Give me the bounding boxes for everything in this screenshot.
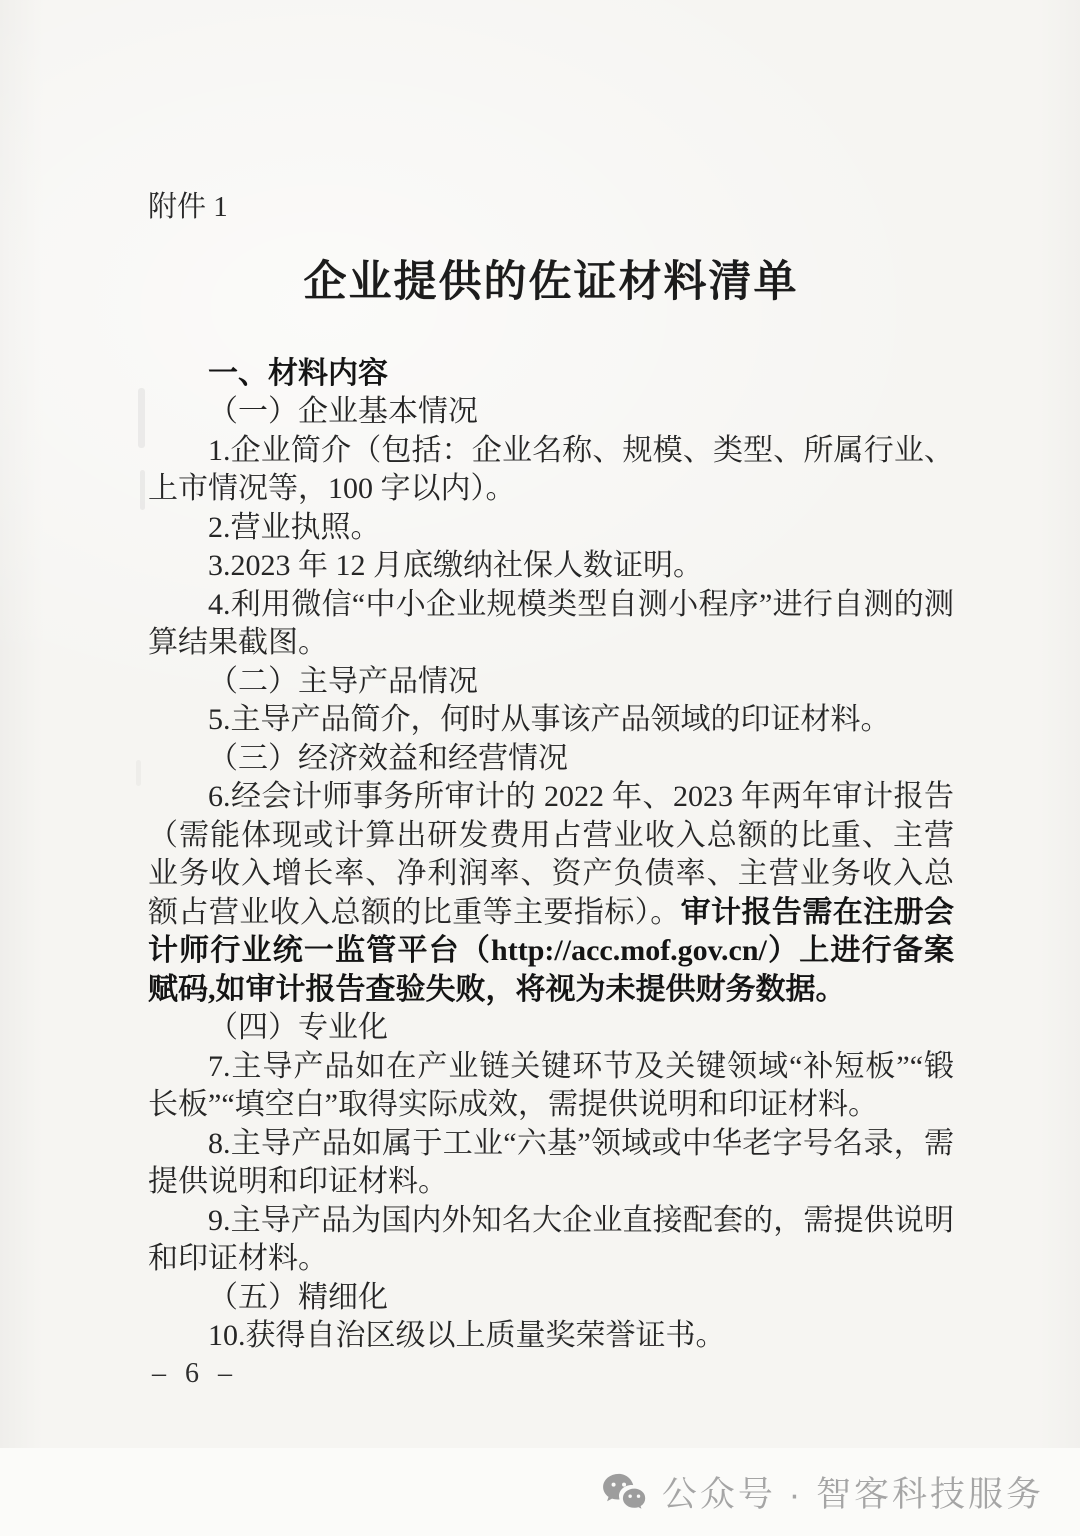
paragraph-item: 6.经会计师事务所审计的 2022 年、2023 年两年审计报告（需能体现或计算…	[148, 778, 954, 1009]
text-segment: 8.主导产品如属于工业“六基”领域或中华老字号名录，需提供说明和印证材料。	[148, 1127, 954, 1199]
text-segment: 5.主导产品简介，何时从事该产品领域的印证材料。	[208, 703, 891, 736]
paragraph-subsection: （三）经济效益和经营情况	[148, 740, 954, 779]
watermark-text: 公众号 · 智客科技服务	[662, 1467, 1044, 1517]
paragraph-subsection: （二）主导产品情况	[148, 663, 954, 702]
text-segment: （一）企业基本情况	[208, 395, 478, 428]
document-content: 附件 1 企业提供的佐证材料清单 一、材料内容（一）企业基本情况1.企业简介（包…	[148, 192, 954, 1356]
text-segment: 7.主导产品如在产业链关键环节及关键领域“补短板”“锻长板”“填空白”取得实际成…	[148, 1050, 954, 1122]
attachment-label: 附件 1	[148, 192, 954, 224]
paragraph-subsection: （一）企业基本情况	[148, 393, 954, 432]
text-segment: （二）主导产品情况	[208, 665, 478, 698]
text-segment: 3.2023 年 12 月底缴纳社保人数证明。	[208, 549, 703, 582]
paragraph-subsection: （四）专业化	[148, 1009, 954, 1048]
document-body: 一、材料内容（一）企业基本情况1.企业简介（包括：企业名称、规模、类型、所属行业…	[148, 355, 954, 1356]
paragraph-item: 10.获得自治区级以上质量奖荣誉证书。	[148, 1317, 954, 1356]
wechat-icon	[602, 1472, 648, 1512]
watermark-bar: 公众号 · 智客科技服务	[0, 1448, 1080, 1536]
text-segment: 2.营业执照。	[208, 511, 381, 544]
page-number: – 6 –	[152, 1358, 238, 1390]
paragraph-item: 7.主导产品如在产业链关键环节及关键领域“补短板”“锻长板”“填空白”取得实际成…	[148, 1048, 954, 1125]
text-segment: （四）专业化	[208, 1011, 388, 1044]
paragraph-item: 1.企业简介（包括：企业名称、规模、类型、所属行业、上市情况等，100 字以内）…	[148, 432, 954, 509]
paragraph-item: 4.利用微信“中小企业规模类型自测小程序”进行自测的测算结果截图。	[148, 586, 954, 663]
text-segment: （五）精细化	[208, 1281, 388, 1314]
scan-artifact	[138, 388, 145, 448]
text-segment: 10.获得自治区级以上质量奖荣誉证书。	[208, 1319, 726, 1352]
scanned-document-page: 附件 1 企业提供的佐证材料清单 一、材料内容（一）企业基本情况1.企业简介（包…	[0, 0, 1080, 1536]
paragraph-subsection: （五）精细化	[148, 1279, 954, 1318]
paragraph-item: 8.主导产品如属于工业“六基”领域或中华老字号名录，需提供说明和印证材料。	[148, 1125, 954, 1202]
text-segment-bold: 一、材料内容	[208, 357, 388, 390]
text-segment: 9.主导产品为国内外知名大企业直接配套的，需提供说明和印证材料。	[148, 1204, 954, 1276]
paragraph-section: 一、材料内容	[148, 355, 954, 394]
text-segment: （三）经济效益和经营情况	[208, 742, 568, 775]
paragraph-item: 9.主导产品为国内外知名大企业直接配套的，需提供说明和印证材料。	[148, 1202, 954, 1279]
text-segment: 4.利用微信“中小企业规模类型自测小程序”进行自测的测算结果截图。	[148, 588, 954, 660]
paragraph-item: 3.2023 年 12 月底缴纳社保人数证明。	[148, 547, 954, 586]
scan-artifact	[140, 470, 145, 510]
text-segment: 1.企业简介（包括：企业名称、规模、类型、所属行业、上市情况等，100 字以内）…	[148, 434, 954, 506]
paragraph-item: 5.主导产品简介，何时从事该产品领域的印证材料。	[148, 701, 954, 740]
scan-artifact	[136, 760, 141, 786]
document-title: 企业提供的佐证材料清单	[148, 248, 954, 309]
paragraph-item: 2.营业执照。	[148, 509, 954, 548]
